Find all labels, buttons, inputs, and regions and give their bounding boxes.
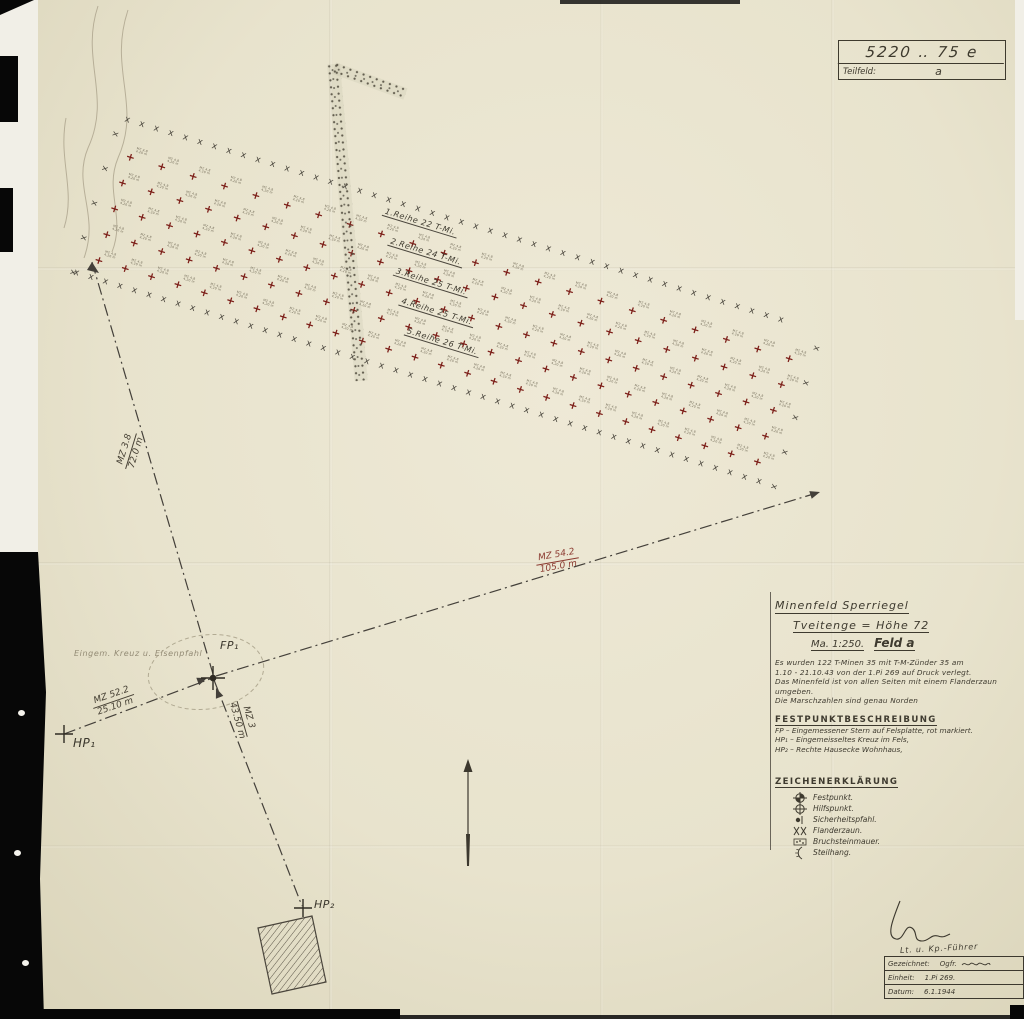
mine-marker: +MZ 4,84,20 m (661, 342, 674, 356)
mine-marker: +MZ 4,84,20 m (191, 226, 204, 240)
mine-marker: +MZ 4,84,20 m (548, 336, 561, 350)
mine-marker: +MZ 4,84,20 m (435, 358, 448, 372)
legend-label: Bruchsteinmauer. (813, 837, 880, 846)
mine-marker: +MZ 4,84,20 m (630, 361, 643, 375)
mine-marker: +MZ 4,84,20 m (720, 332, 733, 346)
scan-black-edge-left (0, 552, 46, 1019)
illegible-name-scribble (961, 960, 991, 968)
stamp-row-datum: Datum: 6.1.1944 (885, 985, 1023, 998)
scan-hole (14, 850, 21, 856)
stamp-value: 1.Pi 269. (925, 974, 956, 982)
teilfeld-value: a (876, 65, 1001, 78)
legend-item: Bruchsteinmauer. (793, 836, 1017, 847)
mine-marker: +MZ 4,84,20 m (469, 255, 482, 269)
mine-marker: +MZ 4,84,20 m (301, 260, 314, 274)
stamp-row-gezeichnet: Gezeichnet: Ogfr. (885, 957, 1023, 971)
mine-marker: +MZ 4,84,20 m (603, 352, 616, 366)
mine-marker: +MZ 4,84,20 m (320, 294, 333, 308)
fold-crease (0, 562, 1024, 566)
scan-hole (22, 960, 29, 966)
mine-marker: +MZ 4,84,20 m (689, 351, 702, 365)
legend: Festpunkt. Hilfspunkt. Sicherheitspfahl. (793, 792, 1017, 858)
mine-marker: +MZ 4,84,20 m (489, 289, 502, 303)
fold-crease (329, 0, 333, 1019)
mine-marker: +MZ 4,84,20 m (604, 324, 617, 338)
mine-marker: +MZ 4,84,20 m (238, 269, 251, 283)
mine-marker: +MZ 4,84,20 m (198, 285, 211, 299)
mine-marker: +MZ 4,84,20 m (783, 351, 796, 365)
title-block: Minenfeld Sperriegel Tveitenge = Höhe 72… (775, 594, 1017, 858)
mine-marker: +MZ 4,84,20 m (518, 298, 531, 312)
mine-marker: +MZ 4,84,20 m (593, 406, 606, 420)
mine-marker: +MZ 4,84,20 m (164, 218, 177, 232)
mine-marker: +MZ 4,84,20 m (250, 188, 263, 202)
mine-marker: +MZ 4,84,20 m (767, 403, 780, 417)
description-line: umgeben. (775, 687, 1017, 697)
mine-marker: +MZ 4,84,20 m (119, 261, 132, 275)
mine-marker: +MZ 4,84,20 m (747, 368, 760, 382)
hp1-label: HP₁ (73, 736, 96, 750)
mine-marker: +MZ 4,84,20 m (409, 350, 422, 364)
mine-marker: +MZ 4,84,20 m (146, 269, 159, 283)
scan-black-edge-bottom (0, 1009, 400, 1019)
mine-marker: +MZ 4,84,20 m (540, 361, 553, 375)
legend-item: Sicherheitspfahl. (793, 814, 1017, 825)
mine-marker: +MZ 4,84,20 m (685, 378, 698, 392)
mine-marker: +MZ 4,84,20 m (626, 303, 639, 317)
mine-marker: +MZ 4,84,20 m (328, 268, 341, 282)
mine-marker: +MZ 4,84,20 m (93, 253, 106, 267)
scan-black-mark (0, 56, 18, 122)
description-line: Die Marschzahlen sind genau Norden (775, 696, 1017, 706)
mine-marker: +MZ 4,84,20 m (330, 325, 343, 339)
mine-marker: +MZ 4,84,20 m (541, 390, 554, 404)
map-subtitle: Tveitenge = Höhe 72 (793, 619, 929, 633)
mine-marker: +MZ 4,84,20 m (718, 359, 731, 373)
mine-marker: +MZ 4,84,20 m (375, 226, 388, 240)
mine-marker: +MZ 4,84,20 m (128, 235, 141, 249)
mine-marker: +MZ 4,84,20 m (172, 277, 185, 291)
legend-label: Festpunkt. (813, 793, 853, 802)
mine-marker: +MZ 4,84,20 m (281, 198, 294, 212)
mine-marker: +MZ 4,84,20 m (156, 159, 169, 173)
festpunkt-line: FP – Eingemessener Stern auf Felsplatte,… (775, 726, 1017, 735)
mine-marker: +MZ 4,84,20 m (575, 344, 588, 358)
mine-marker: +MZ 4,84,20 m (595, 293, 608, 307)
mine-marker: +MZ 4,84,20 m (124, 150, 137, 164)
mine-marker: +MZ 4,84,20 m (532, 274, 545, 288)
mine-marker: +MZ 4,84,20 m (174, 193, 187, 207)
description-paragraph: Es wurden 122 T-Minen 35 mit T-M-Zünder … (775, 658, 1017, 706)
mine-marker: +MZ 4,84,20 m (156, 244, 169, 258)
mine-marker: +MZ 4,84,20 m (622, 387, 635, 401)
mine-marker: +MZ 4,84,20 m (567, 370, 580, 384)
mine-marker: +MZ 4,84,20 m (760, 429, 773, 443)
scan-hole (18, 710, 25, 716)
mine-marker: +MZ 4,84,20 m (513, 353, 526, 367)
scan-black-mark (0, 188, 13, 252)
fp1-label: FP₁ (220, 639, 239, 652)
hp2-label: HP₂ (314, 898, 335, 911)
mine-marker: +MZ 4,84,20 m (732, 420, 745, 434)
mine-marker: +MZ 4,84,20 m (288, 228, 301, 242)
mine-marker: +MZ 4,84,20 m (219, 178, 232, 192)
legend-label: Hilfspunkt. (813, 804, 854, 813)
fold-crease (600, 0, 604, 1019)
mine-marker: +MZ 4,84,20 m (646, 422, 659, 436)
mine-marker: +MZ 4,84,20 m (485, 345, 498, 359)
mine-marker: +MZ 4,84,20 m (725, 446, 738, 460)
stamp-value: 6.1.1944 (924, 988, 955, 996)
mine-marker: +MZ 4,84,20 m (187, 169, 200, 183)
mine-marker: +MZ 4,84,20 m (273, 252, 286, 266)
title-block-border (770, 592, 771, 850)
scanned-minefield-map: 1.Reihe 22 T-Mi.+MZ 4,84,20 m+MZ 4,84,20… (0, 0, 1024, 1019)
description-line: 1.10 - 21.10.43 von der 1.Pi 269 auf Dru… (775, 668, 1017, 678)
legend-item: Flanderzaun. (793, 825, 1017, 836)
legend-label: Sicherheitspfahl. (813, 815, 877, 824)
festpunkt-heading: FESTPUNKTBESCHREIBUNG (775, 715, 937, 726)
mine-marker: +MZ 4,84,20 m (650, 395, 663, 409)
legend-item: Steilhang. (793, 847, 1017, 858)
mine-marker: +MZ 4,84,20 m (546, 307, 559, 321)
mine-marker: +MZ 4,84,20 m (705, 412, 718, 426)
mine-marker: +MZ 4,84,20 m (677, 403, 690, 417)
mine-marker: +MZ 4,84,20 m (251, 301, 264, 315)
mine-marker: +MZ 4,84,20 m (514, 382, 527, 396)
mine-marker: +MZ 4,84,20 m (145, 184, 158, 198)
mine-marker: +MZ 4,84,20 m (293, 286, 306, 300)
mine-marker: +MZ 4,84,20 m (313, 207, 326, 221)
scan-margin-right (1015, 0, 1024, 320)
mine-marker: +MZ 4,84,20 m (672, 430, 685, 444)
mine-marker: +MZ 4,84,20 m (632, 333, 645, 347)
legend-item: Festpunkt. (793, 792, 1017, 803)
festpunkt-line: HP₂ – Rechte Hausecke Wohnhaus, (775, 745, 1017, 754)
mine-marker: +MZ 4,84,20 m (109, 201, 122, 215)
mine-marker: +MZ 4,84,20 m (564, 284, 577, 298)
mine-marker: +MZ 4,84,20 m (136, 210, 149, 224)
description-line: Das Minenfeld ist von allen Seiten mit e… (775, 677, 1017, 687)
mine-marker: +MZ 4,84,20 m (277, 309, 290, 323)
legend-label: Flanderzaun. (813, 826, 862, 835)
mine-marker: +MZ 4,84,20 m (183, 252, 196, 266)
mine-marker: +MZ 4,84,20 m (265, 277, 278, 291)
teilfeld-label: Teilfeld: (843, 67, 876, 77)
mine-marker: +MZ 4,84,20 m (658, 313, 671, 327)
mine-marker: +MZ 4,84,20 m (383, 285, 396, 299)
stamp-label: Einheit: (888, 974, 915, 982)
map-id-box: 5220 ‥ 75 e Teilfeld: a (838, 40, 1006, 80)
scan-black-nick (560, 0, 740, 4)
mine-marker: +MZ 4,84,20 m (595, 378, 608, 392)
mine-marker: +MZ 4,84,20 m (117, 175, 130, 189)
mine-marker: +MZ 4,84,20 m (501, 265, 514, 279)
mine-marker: +MZ 4,84,20 m (493, 319, 506, 333)
fold-crease (831, 0, 835, 1019)
legend-label: Steilhang. (813, 848, 851, 857)
fp-pencil-note: Eingem. Kreuz u. Eisenpfahl (74, 649, 202, 658)
steilhang-icon (793, 846, 807, 860)
mine-marker: +MZ 4,84,20 m (211, 261, 224, 275)
map-title: Minenfeld Sperriegel (775, 599, 909, 614)
mine-marker: +MZ 4,84,20 m (575, 316, 588, 330)
mine-marker: +MZ 4,84,20 m (751, 454, 764, 468)
mine-marker: +MZ 4,84,20 m (699, 438, 712, 452)
mine-marker: +MZ 4,84,20 m (317, 237, 330, 251)
mine-marker: +MZ 4,84,20 m (246, 243, 259, 257)
legend-heading: ZEICHENERKLÄRUNG (775, 777, 898, 788)
festpunkt-line: HP₁ – Eingemeisseltes Kreuz im Fels, (775, 735, 1017, 744)
legend-item: Hilfspunkt. (793, 803, 1017, 814)
mine-marker: +MZ 4,84,20 m (260, 219, 273, 233)
stamp-label: Datum: (888, 988, 914, 996)
mine-marker: +MZ 4,84,20 m (488, 374, 501, 388)
mine-marker: +MZ 4,84,20 m (375, 311, 388, 325)
map-scale: Ma. 1:250. (811, 639, 864, 651)
mine-marker: +MZ 4,84,20 m (689, 322, 702, 336)
description-line: Es wurden 122 T-Minen 35 mit T-M-Zünder … (775, 658, 1017, 668)
map-field-id: Feld a (874, 636, 914, 651)
mine-marker: +MZ 4,84,20 m (740, 394, 753, 408)
mine-marker: +MZ 4,84,20 m (225, 293, 238, 307)
stamp-label: Gezeichnet: (888, 960, 930, 968)
mine-marker: +MZ 4,84,20 m (713, 386, 726, 400)
scan-black-corner (1010, 1005, 1024, 1019)
mine-marker: +MZ 4,84,20 m (462, 366, 475, 380)
mine-marker: +MZ 4,84,20 m (620, 414, 633, 428)
mine-marker: +MZ 4,84,20 m (752, 341, 765, 355)
scan-black-edge-bottom (400, 1015, 1024, 1019)
stamp-value: Ogfr. (940, 960, 957, 968)
mine-marker: +MZ 4,84,20 m (567, 398, 580, 412)
mine-marker: +MZ 4,84,20 m (101, 227, 114, 241)
mine-marker: +MZ 4,84,20 m (658, 369, 671, 383)
map-id-code: 5220 ‥ 75 e (838, 41, 1006, 64)
stamp-table: Gezeichnet: Ogfr. Einheit: 1.Pi 269. Dat… (884, 956, 1024, 999)
stamp-row-einheit: Einheit: 1.Pi 269. (885, 971, 1023, 985)
mine-marker: +MZ 4,84,20 m (383, 342, 396, 356)
mine-marker: +MZ 4,84,20 m (374, 254, 387, 268)
mine-marker: +MZ 4,84,20 m (304, 317, 317, 331)
mine-marker: +MZ 4,84,20 m (520, 327, 533, 341)
mine-marker: +MZ 4,84,20 m (775, 377, 788, 391)
mine-marker: +MZ 4,84,20 m (231, 210, 244, 224)
mine-marker: +MZ 4,84,20 m (203, 202, 216, 216)
mine-marker: +MZ 4,84,20 m (218, 235, 231, 249)
